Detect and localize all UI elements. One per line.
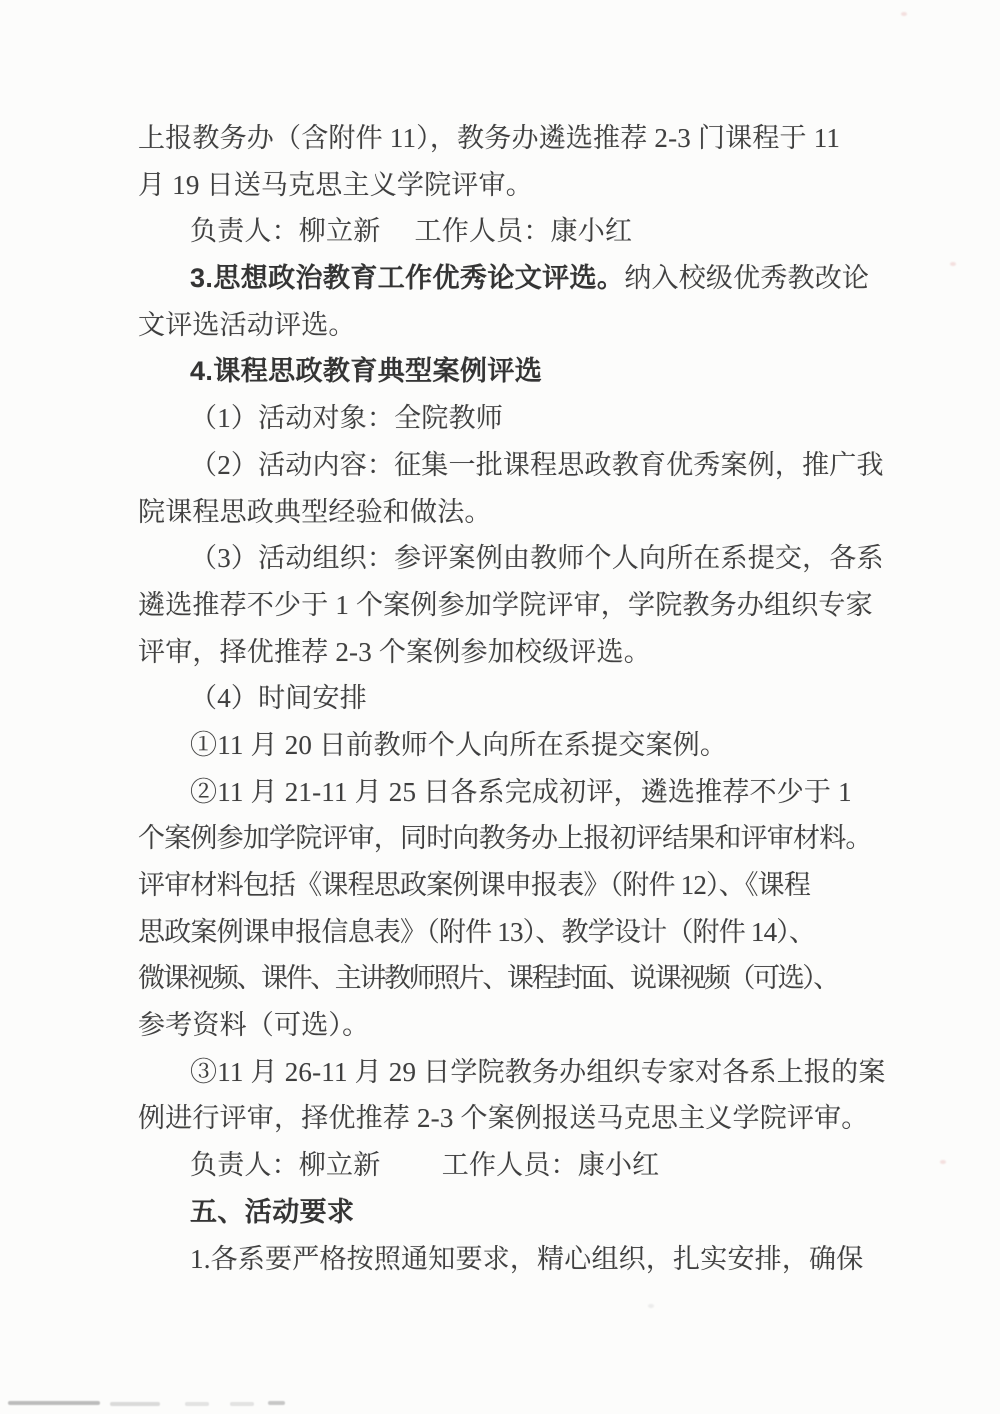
scan-smudge <box>110 1402 160 1406</box>
item-activity-content-line-1: （2）活动内容：征集一批课程思政教育优秀案例，推广我 <box>138 442 898 489</box>
body-text-run: 评审材料包括《课程思政案例课申报表》（附件 12）、《课程 <box>138 870 810 900</box>
body-text-run: 微课视频、课件、主讲教师照片、课程封面、说课视频（可选）、 <box>138 963 838 993</box>
para-essay-selection-line-2: 文评选活动评选。 <box>138 302 898 349</box>
body-text-run: 例进行评审，择优推荐 2-3 个案例报送马克思主义学院评审。 <box>138 1103 869 1133</box>
para-report-courses-line-1: 上报教务办（含附件 11），教务办遴选推荐 2-3 门课程于 11 <box>138 115 898 162</box>
schedule-step-2-line-1: ②11 月 21-11 月 25 日各系完成初评，遴选推荐不少于 1 <box>138 769 898 816</box>
body-text-run: 院课程思政典型经验和做法。 <box>138 497 492 527</box>
body-text-run: 遴选推荐不少于 1 个案例参加学院评审，学院教务办组织专家 <box>138 590 873 620</box>
body-text-run: 评审，择优推荐 2-3 个案例参加校级评选。 <box>138 637 651 667</box>
scan-speck <box>940 1160 946 1164</box>
body-text-run: ①11 月 20 日前教师个人向所在系提交案例。 <box>190 730 727 760</box>
heading-item-3-essay-selection: 3.思想政治教育工作优秀论文评选。纳入校级优秀教改论 <box>138 255 898 302</box>
staff-line-1: 负责人：柳立新 工作人员：康小红 <box>138 208 898 255</box>
scan-speck <box>950 262 956 266</box>
schedule-step-2-line-6: 参考资料（可选）。 <box>138 1002 898 1049</box>
scan-smudge <box>268 1401 285 1405</box>
heading-text-run: 3.思想政治教育工作优秀论文评选。 <box>190 263 624 293</box>
schedule-step-2-line-3: 评审材料包括《课程思政案例课申报表》（附件 12）、《课程 <box>138 862 898 909</box>
heading-section-5-requirements: 五、活动要求 <box>138 1189 898 1236</box>
staff-line-2: 负责人：柳立新 工作人员：康小红 <box>138 1142 898 1189</box>
document-page: 上报教务办（含附件 11），教务办遴选推荐 2-3 门课程于 11月 19 日送… <box>0 0 1000 1414</box>
body-text-run: （2）活动内容：征集一批课程思政教育优秀案例，推广我 <box>190 450 884 480</box>
heading-item-4-case-selection: 4.课程思政教育典型案例评选 <box>138 348 898 395</box>
body-text-run: 上报教务办（含附件 11），教务办遴选推荐 2-3 门课程于 11 <box>138 123 840 153</box>
schedule-step-1: ①11 月 20 日前教师个人向所在系提交案例。 <box>138 722 898 769</box>
scan-speck <box>648 1304 654 1308</box>
scan-smudge <box>185 1402 209 1406</box>
body-text-run: （3）活动组织：参评案例由教师个人向所在系提交，各系 <box>190 543 884 573</box>
schedule-step-3-line-1: ③11 月 26-11 月 29 日学院教务办组织专家对各系上报的案 <box>138 1049 898 1096</box>
body-text-run: 负责人：柳立新 工作人员：康小红 <box>190 1150 659 1180</box>
item-time-arrangement: （4）时间安排 <box>138 675 898 722</box>
para-requirement-1: 1.各系要严格按照通知要求，精心组织，扎实安排，确保 <box>138 1236 898 1283</box>
item-activity-organization-line-3: 评审，择优推荐 2-3 个案例参加校级评选。 <box>138 629 898 676</box>
body-text-run: 1.各系要严格按照通知要求，精心组织，扎实安排，确保 <box>190 1244 863 1274</box>
item-activity-target: （1）活动对象：全院教师 <box>138 395 898 442</box>
heading-text-run: 4.课程思政教育典型案例评选 <box>190 356 542 386</box>
body-text-run: （4）时间安排 <box>190 683 367 713</box>
item-activity-organization-line-2: 遴选推荐不少于 1 个案例参加学院评审，学院教务办组织专家 <box>138 582 898 629</box>
document-text-block: 上报教务办（含附件 11），教务办遴选推荐 2-3 门课程于 11月 19 日送… <box>138 115 898 1282</box>
body-text-run: 参考资料（可选）。 <box>138 1010 369 1040</box>
schedule-step-2-line-4: 思政案例课申报信息表》（附件 13）、教学设计（附件 14）、 <box>138 909 898 956</box>
body-text-run: 文评选活动评选。 <box>138 310 356 340</box>
body-text-run: （1）活动对象：全院教师 <box>190 403 503 433</box>
body-text-run: 个案例参加学院评审，同时向教务办上报初评结果和评审材料。 <box>138 823 872 853</box>
item-activity-organization-line-1: （3）活动组织：参评案例由教师个人向所在系提交，各系 <box>138 535 898 582</box>
body-text-run: 月 19 日送马克思主义学院评审。 <box>138 170 533 200</box>
scan-smudge <box>8 1401 100 1405</box>
para-report-courses-line-2: 月 19 日送马克思主义学院评审。 <box>138 162 898 209</box>
schedule-step-3-line-2: 例进行评审，择优推荐 2-3 个案例报送马克思主义学院评审。 <box>138 1095 898 1142</box>
heading-text-run: 五、活动要求 <box>190 1197 354 1227</box>
body-text-run: ②11 月 21-11 月 25 日各系完成初评，遴选推荐不少于 1 <box>190 777 852 807</box>
schedule-step-2-line-5: 微课视频、课件、主讲教师照片、课程封面、说课视频（可选）、 <box>138 955 898 1002</box>
scan-speck <box>901 12 907 16</box>
body-text-run: 纳入校级优秀教改论 <box>624 263 869 293</box>
item-activity-content-line-2: 院课程思政典型经验和做法。 <box>138 489 898 536</box>
body-text-run: ③11 月 26-11 月 29 日学院教务办组织专家对各系上报的案 <box>190 1057 886 1087</box>
body-text-run: 思政案例课申报信息表》（附件 13）、教学设计（附件 14）、 <box>138 917 815 947</box>
body-text-run: 负责人：柳立新 工作人员：康小红 <box>190 216 632 246</box>
scan-smudge <box>230 1402 254 1406</box>
schedule-step-2-line-2: 个案例参加学院评审，同时向教务办上报初评结果和评审材料。 <box>138 815 898 862</box>
